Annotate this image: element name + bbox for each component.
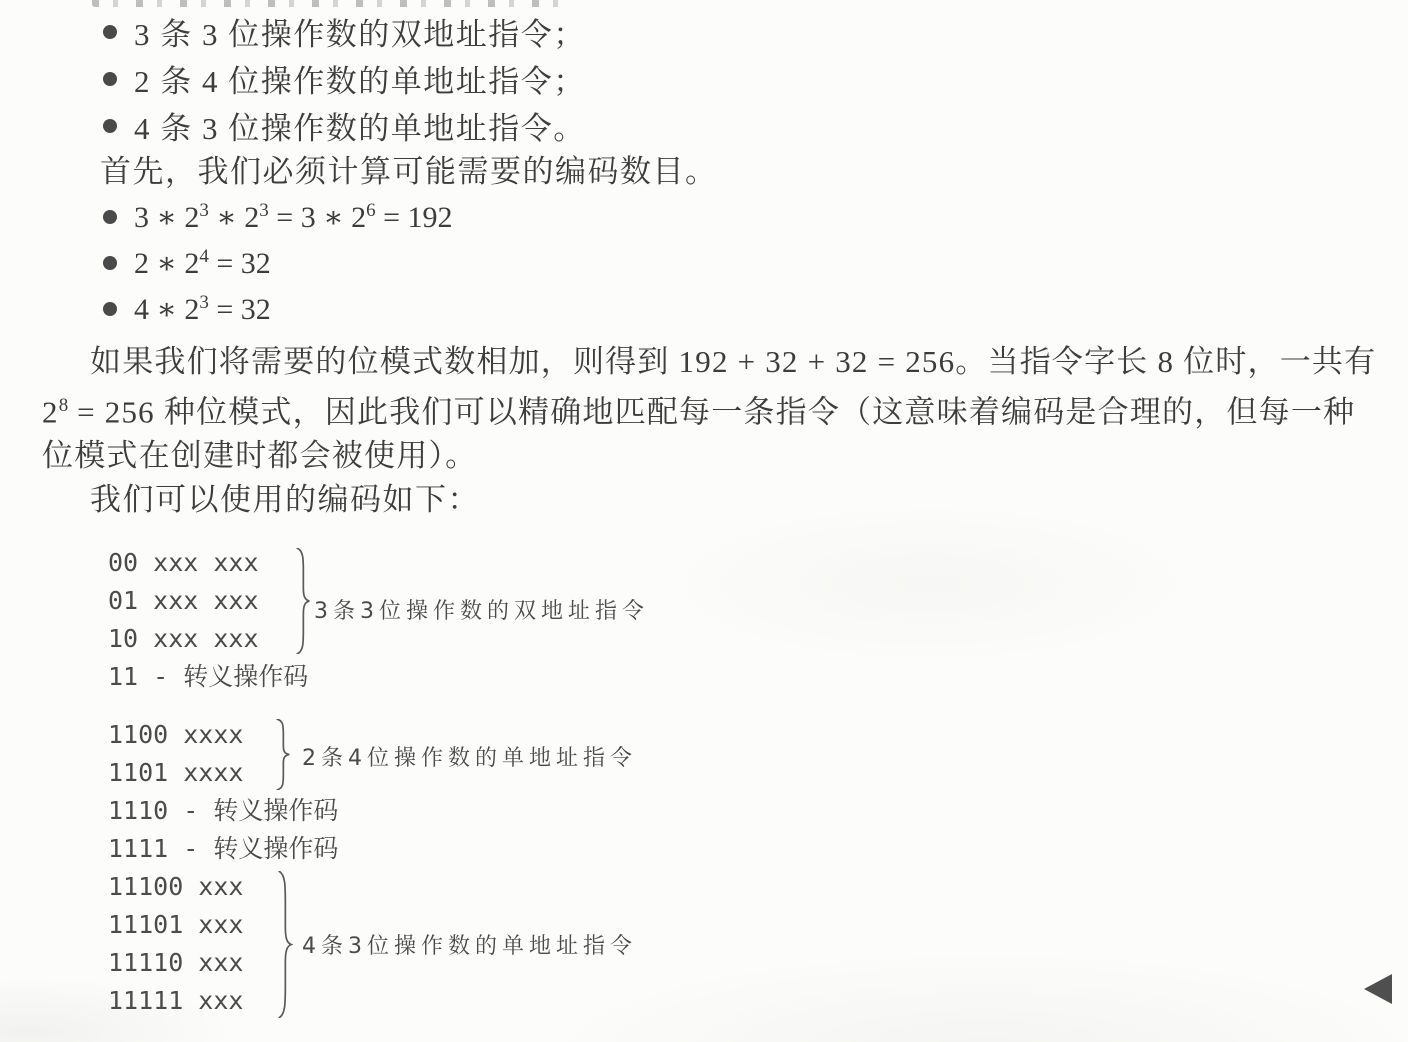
code-line: 11111 xxx [108, 982, 338, 1020]
bullet-icon [103, 72, 117, 86]
instruction-bullet-list: 3 条 3 位操作数的双地址指令； 2 条 4 位操作数的单地址指令； 4 条 … [103, 8, 586, 149]
end-of-example-triangle-icon [1364, 974, 1392, 1004]
scanned-textbook-page: 3 条 3 位操作数的双地址指令； 2 条 4 位操作数的单地址指令； 4 条 … [0, 0, 1408, 1042]
formula-text: = 192 [376, 201, 453, 234]
code-line-escape: 1111 - 转义操作码 [108, 830, 338, 868]
list-item: 3 ∗ 23 ∗ 23 = 3 ∗ 26 = 192 [103, 194, 453, 240]
code-group-three-bit-single-address: 11100 xxx 11101 xxx 11110 xxx 11111 xxx … [108, 868, 338, 1020]
formula-superscript: 3 [199, 200, 209, 221]
bullet-icon [103, 210, 117, 224]
encoding-listing: 00 xxx xxx 01 xxx xxx 10 xxx xxx 3条3位操作数… [108, 544, 338, 1020]
bullet-icon [103, 119, 117, 133]
formula: 2 ∗ 24 = 32 [134, 246, 271, 281]
bullet-icon [103, 256, 117, 270]
paragraph-text: = 256 种位模式，因此我们可以精确地匹配每一条指令（这意味着编码是合理的，但… [68, 394, 1355, 429]
formula-text: 4 ∗ 2 [134, 293, 199, 326]
paragraph-line: 如果我们将需要的位模式数相加，则得到 192 + 32 + 32 = 256。当… [42, 340, 1376, 384]
code-group-label: 3条3位操作数的双地址指令 [314, 594, 649, 625]
formula-text: = 3 ∗ 2 [269, 201, 366, 234]
list-item: 2 ∗ 24 = 32 [103, 240, 453, 286]
codes-intro-sentence: 我们可以使用的编码如下： [90, 478, 480, 522]
list-item: 4 ∗ 23 = 32 [103, 286, 453, 332]
code-line-escape: 1110 - 转义操作码 [108, 792, 338, 830]
right-brace-icon [276, 871, 293, 1018]
list-item: 3 条 3 位操作数的双地址指令； [103, 8, 586, 55]
list-item: 4 条 3 位操作数的单地址指令。 [103, 102, 586, 149]
code-group-label: 4条3位操作数的单地址指令 [302, 929, 637, 960]
paragraph-text: 2 [42, 394, 59, 429]
right-brace-icon [294, 548, 311, 654]
formula-text: ∗ 2 [209, 201, 259, 234]
right-brace-icon [274, 719, 291, 790]
formula-text: 2 ∗ 2 [134, 247, 199, 280]
list-item: 2 条 4 位操作数的单地址指令； [103, 55, 586, 102]
code-group-label: 2条4位操作数的单地址指令 [302, 741, 637, 772]
formula-superscript: 6 [366, 200, 376, 221]
code-group-two-address: 00 xxx xxx 01 xxx xxx 10 xxx xxx 3条3位操作数… [108, 544, 338, 696]
formula: 3 ∗ 23 ∗ 23 = 3 ∗ 26 = 192 [134, 200, 453, 235]
paragraph-line: 28 = 256 种位模式，因此我们可以精确地匹配每一条指令（这意味着编码是合理… [42, 384, 1376, 434]
bullet-icon [103, 25, 117, 39]
bullet-text: 3 条 3 位操作数的双地址指令； [134, 9, 586, 54]
paragraph-superscript: 8 [59, 395, 69, 416]
bullet-text: 4 条 3 位操作数的单地址指令。 [134, 103, 586, 148]
formula-text: = 32 [209, 247, 271, 280]
formula-superscript: 4 [199, 246, 209, 267]
formula-superscript: 3 [259, 200, 269, 221]
formula-bullet-list: 3 ∗ 23 ∗ 23 = 3 ∗ 26 = 192 2 ∗ 24 = 32 4… [103, 194, 453, 332]
bullet-icon [103, 302, 117, 316]
body-paragraph: 如果我们将需要的位模式数相加，则得到 192 + 32 + 32 = 256。当… [42, 340, 1376, 478]
paragraph-line: 位模式在创建时都会被使用）。 [42, 434, 1376, 478]
code-line-escape: 11 - 转义操作码 [108, 658, 338, 696]
intro-sentence: 首先，我们必须计算可能需要的编码数目。 [100, 150, 718, 194]
formula: 4 ∗ 23 = 32 [134, 292, 271, 327]
formula-text: = 32 [209, 293, 271, 326]
bullet-text: 2 条 4 位操作数的单地址指令； [134, 56, 586, 101]
code-line: 11100 xxx [108, 868, 338, 906]
code-group-four-bit-single-address: 1100 xxxx 1101 xxxx 2条4位操作数的单地址指令 1110 -… [108, 716, 338, 868]
formula-superscript: 3 [199, 292, 209, 313]
cropped-text-remnant [92, 0, 570, 7]
formula-text: 3 ∗ 2 [134, 201, 199, 234]
